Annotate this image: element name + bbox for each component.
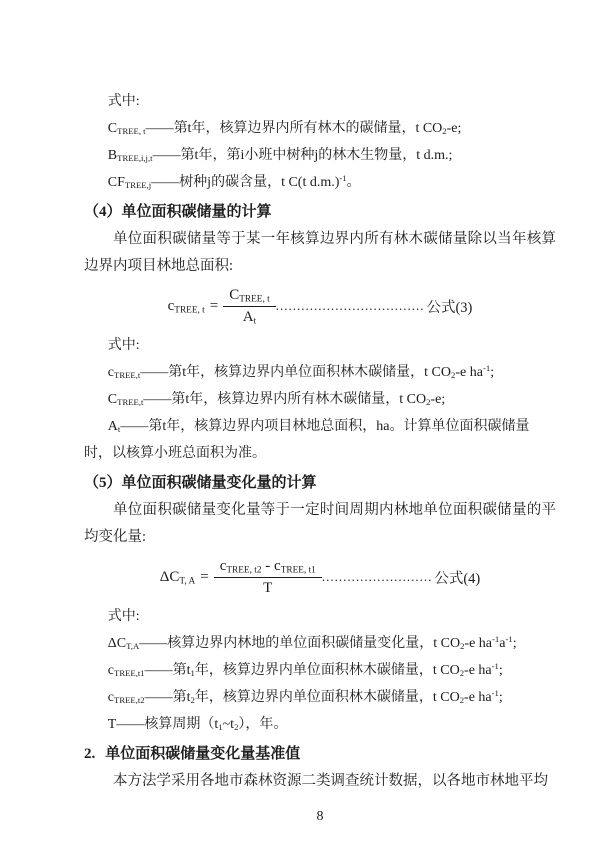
term-definition-period-t: T——核算周期（t1~t2），年。 bbox=[84, 711, 556, 738]
equation-3-lhs: cTREE, t bbox=[168, 298, 205, 315]
where-intro-2: 式中: bbox=[84, 332, 556, 359]
section-heading-2: 2.单位面积碳储量变化量基准值 bbox=[84, 740, 556, 768]
leader-dots: .......................... bbox=[322, 569, 433, 585]
paragraph-section-2: 本方法学采用各地市森林资源二类调查统计数据，以各地市林地平均 bbox=[84, 768, 556, 795]
paragraph-section-4: 单位面积碳储量等于某一年核算边界内所有林木碳储量除以当年核算边界内项目林地总面积… bbox=[84, 226, 556, 280]
fraction: cTREE, t2 - cTREE, t1 T bbox=[214, 556, 322, 598]
term-definition-ctree-t2: cTREE,t2——第t2年，核算边界内单位面积林木碳储量，t CO2-e ha… bbox=[84, 684, 556, 711]
paragraph-section-5: 单位面积碳储量变化量等于一定时间周期内林地单位面积碳储量的平均变化量: bbox=[84, 497, 556, 551]
where-intro-1: 式中: bbox=[84, 88, 556, 115]
fraction: CTREE, t At bbox=[223, 285, 276, 327]
term-definition-btree: BTREE,i,j,t——第t年，第i小班中树种j的林木生物量，t d.m.; bbox=[84, 142, 556, 169]
section-heading-5: （5）单位面积碳储量变化量的计算 bbox=[84, 469, 556, 497]
leader-dots: ................................... bbox=[276, 298, 425, 314]
term-definition-cftree: CFTREE,j——树种j的碳含量，t C(t d.m.)-1。 bbox=[84, 169, 556, 196]
term-definition-delta-c: ΔCT,A——核算边界内林地的单位面积碳储量变化量，t CO2-e ha-1a-… bbox=[84, 630, 556, 657]
term-definition-ctree-t1: cTREE,t1——第t1年，核算边界内单位面积林木碳储量，t CO2-e ha… bbox=[84, 657, 556, 684]
equation-4-lhs: ΔCT, A bbox=[160, 569, 196, 586]
section-title: 单位面积碳储量变化量基准值 bbox=[105, 746, 300, 762]
term-definition-ctree-upper: CTREE,t——第t年，核算边界内所有林木碳储量，t CO2-e; bbox=[84, 386, 556, 413]
document-page: 式中: CTREE, t——第t年，核算边界内所有林木的碳储量，t CO2-e;… bbox=[0, 0, 600, 848]
fraction-denominator: At bbox=[223, 307, 276, 327]
equation-3: cTREE, t = CTREE, t At .................… bbox=[84, 283, 556, 329]
equation-4: ΔCT, A = cTREE, t2 - cTREE, t1 T .......… bbox=[84, 554, 556, 600]
fraction-numerator: CTREE, t bbox=[223, 285, 276, 307]
page-number: 8 bbox=[84, 809, 556, 825]
section-heading-4: （4）单位面积碳储量的计算 bbox=[84, 198, 556, 226]
where-intro-3: 式中: bbox=[84, 603, 556, 630]
term-definition-ctree: CTREE, t——第t年，核算边界内所有林木的碳储量，t CO2-e; bbox=[84, 115, 556, 142]
fraction-numerator: cTREE, t2 - cTREE, t1 bbox=[214, 556, 322, 578]
equation-4-label: 公式(4) bbox=[434, 567, 480, 588]
equation-3-label: 公式(3) bbox=[426, 296, 472, 317]
term-definition-ctree-lower: cTREE,t——第t年，核算边界内单位面积林木碳储量，t CO2-e ha-1… bbox=[84, 359, 556, 386]
equals-sign: = bbox=[200, 569, 208, 586]
equals-sign: = bbox=[210, 298, 218, 315]
section-number: 2. bbox=[84, 746, 95, 762]
fraction-denominator: T bbox=[214, 578, 322, 598]
term-definition-at: At——第t年，核算边界内项目林地总面积，ha。计算单位面积碳储量时，以核算小班… bbox=[84, 413, 556, 467]
